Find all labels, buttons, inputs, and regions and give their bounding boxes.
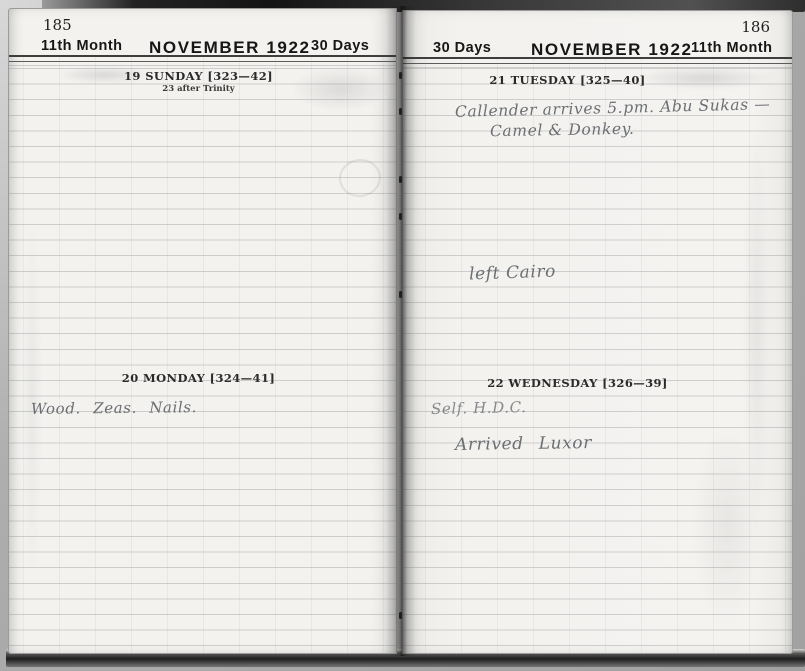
day-subheading-trinity: 23 after Trinity bbox=[9, 84, 388, 94]
ruled-lines bbox=[9, 57, 396, 653]
day-heading-wednesday-22: 22 WEDNESDAY [326—39] bbox=[403, 376, 752, 390]
day-heading-sunday-19: 19 SUNDAY [323—42] bbox=[9, 69, 388, 83]
diary-scan: 185 11th Month NOVEMBER 1922 30 Days 19 … bbox=[0, 0, 805, 671]
handwriting-tuesday-note-3: left Cairo bbox=[469, 261, 557, 284]
binding-stitch bbox=[399, 213, 402, 220]
binding-stitch bbox=[399, 176, 402, 183]
day-heading-monday-20: 20 MONDAY [324—41] bbox=[9, 371, 388, 385]
ruled-lines bbox=[403, 59, 792, 653]
binding-stitch bbox=[399, 612, 402, 619]
handwriting-wednesday-note-2: Arrived Luxor bbox=[455, 433, 592, 455]
handwriting-monday-note: Wood. Zeas. Nails. bbox=[31, 398, 197, 418]
header-month-position: 11th Month bbox=[691, 40, 773, 56]
page-number-right: 186 bbox=[741, 18, 770, 36]
day-heading-tuesday-21: 21 TUESDAY [325—40] bbox=[403, 73, 732, 87]
header-days-count: 30 Days bbox=[311, 38, 369, 54]
binding-stitch bbox=[399, 291, 402, 298]
diary-page-left: 185 11th Month NOVEMBER 1922 30 Days 19 … bbox=[8, 8, 397, 654]
binding-stitch bbox=[399, 72, 402, 79]
handwriting-tuesday-note-2: Camel & Donkey. bbox=[490, 120, 635, 141]
binding-stitch bbox=[399, 108, 402, 115]
handwriting-wednesday-note-1: Self. H.D.C. bbox=[431, 398, 527, 418]
diary-page-right: 186 30 Days NOVEMBER 1922 11th Month 21 … bbox=[402, 10, 793, 654]
header-month-position: 11th Month bbox=[41, 38, 123, 54]
header-days-count: 30 Days bbox=[433, 40, 491, 56]
page-number-left: 185 bbox=[43, 16, 72, 34]
